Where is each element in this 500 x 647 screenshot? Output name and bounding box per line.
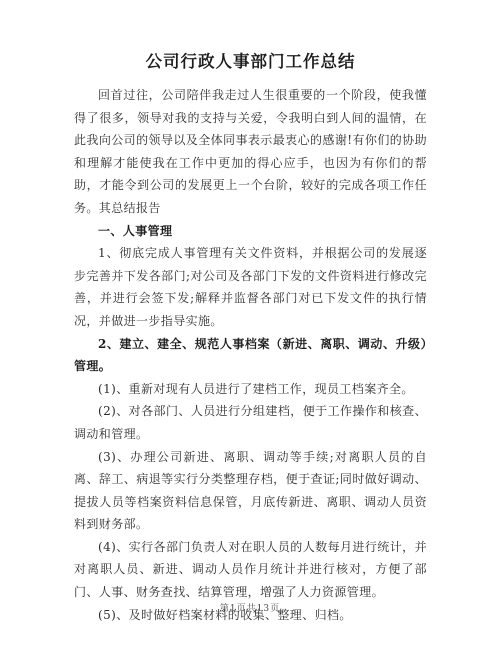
paragraph-subitem-2: (2)、对各部门、人员进行分组建档，便于工作操作和核查、调动和管理。 [74,400,427,445]
page-footer: 第1页共13页 [0,596,500,615]
page-number: 第1页共13页 [220,604,280,614]
paragraph-subitem-4: (4)、实行各部门负责人对在职人员的人数每月进行统计，并对离职人员、新进、调动人… [74,536,427,604]
document-content: 公司行政人事部门工作总结 回首过往，公司陪伴我走过人生很重要的一个阶段，使我懂得… [74,50,427,626]
section-heading-hr-management: 一、人事管理 [74,220,427,243]
section-heading-archives: 2、建立、建全、规范人事档案（新进、离职、调动、升级）管理。 [74,333,427,378]
document-page: 公司行政人事部门工作总结 回首过往，公司陪伴我走过人生很重要的一个阶段，使我懂得… [0,0,500,647]
paragraph-subitem-3: (3)、办理公司新进、离职、调动等手续;对离职人员的自离、辞工、病退等实行分类整… [74,446,427,536]
paragraph-intro: 回首过往，公司陪伴我走过人生很重要的一个阶段，使我懂得了很多，领导对我的支持与关… [74,84,427,220]
paragraph-subitem-1: (1)、重新对现有人员进行了建档工作，现员工档案齐全。 [74,378,427,401]
paragraph-item-1: 1、彻底完成人事管理有关文件资料，并根据公司的发展逐步完善并下发各部门;对公司及… [74,242,427,332]
document-title: 公司行政人事部门工作总结 [74,50,427,74]
